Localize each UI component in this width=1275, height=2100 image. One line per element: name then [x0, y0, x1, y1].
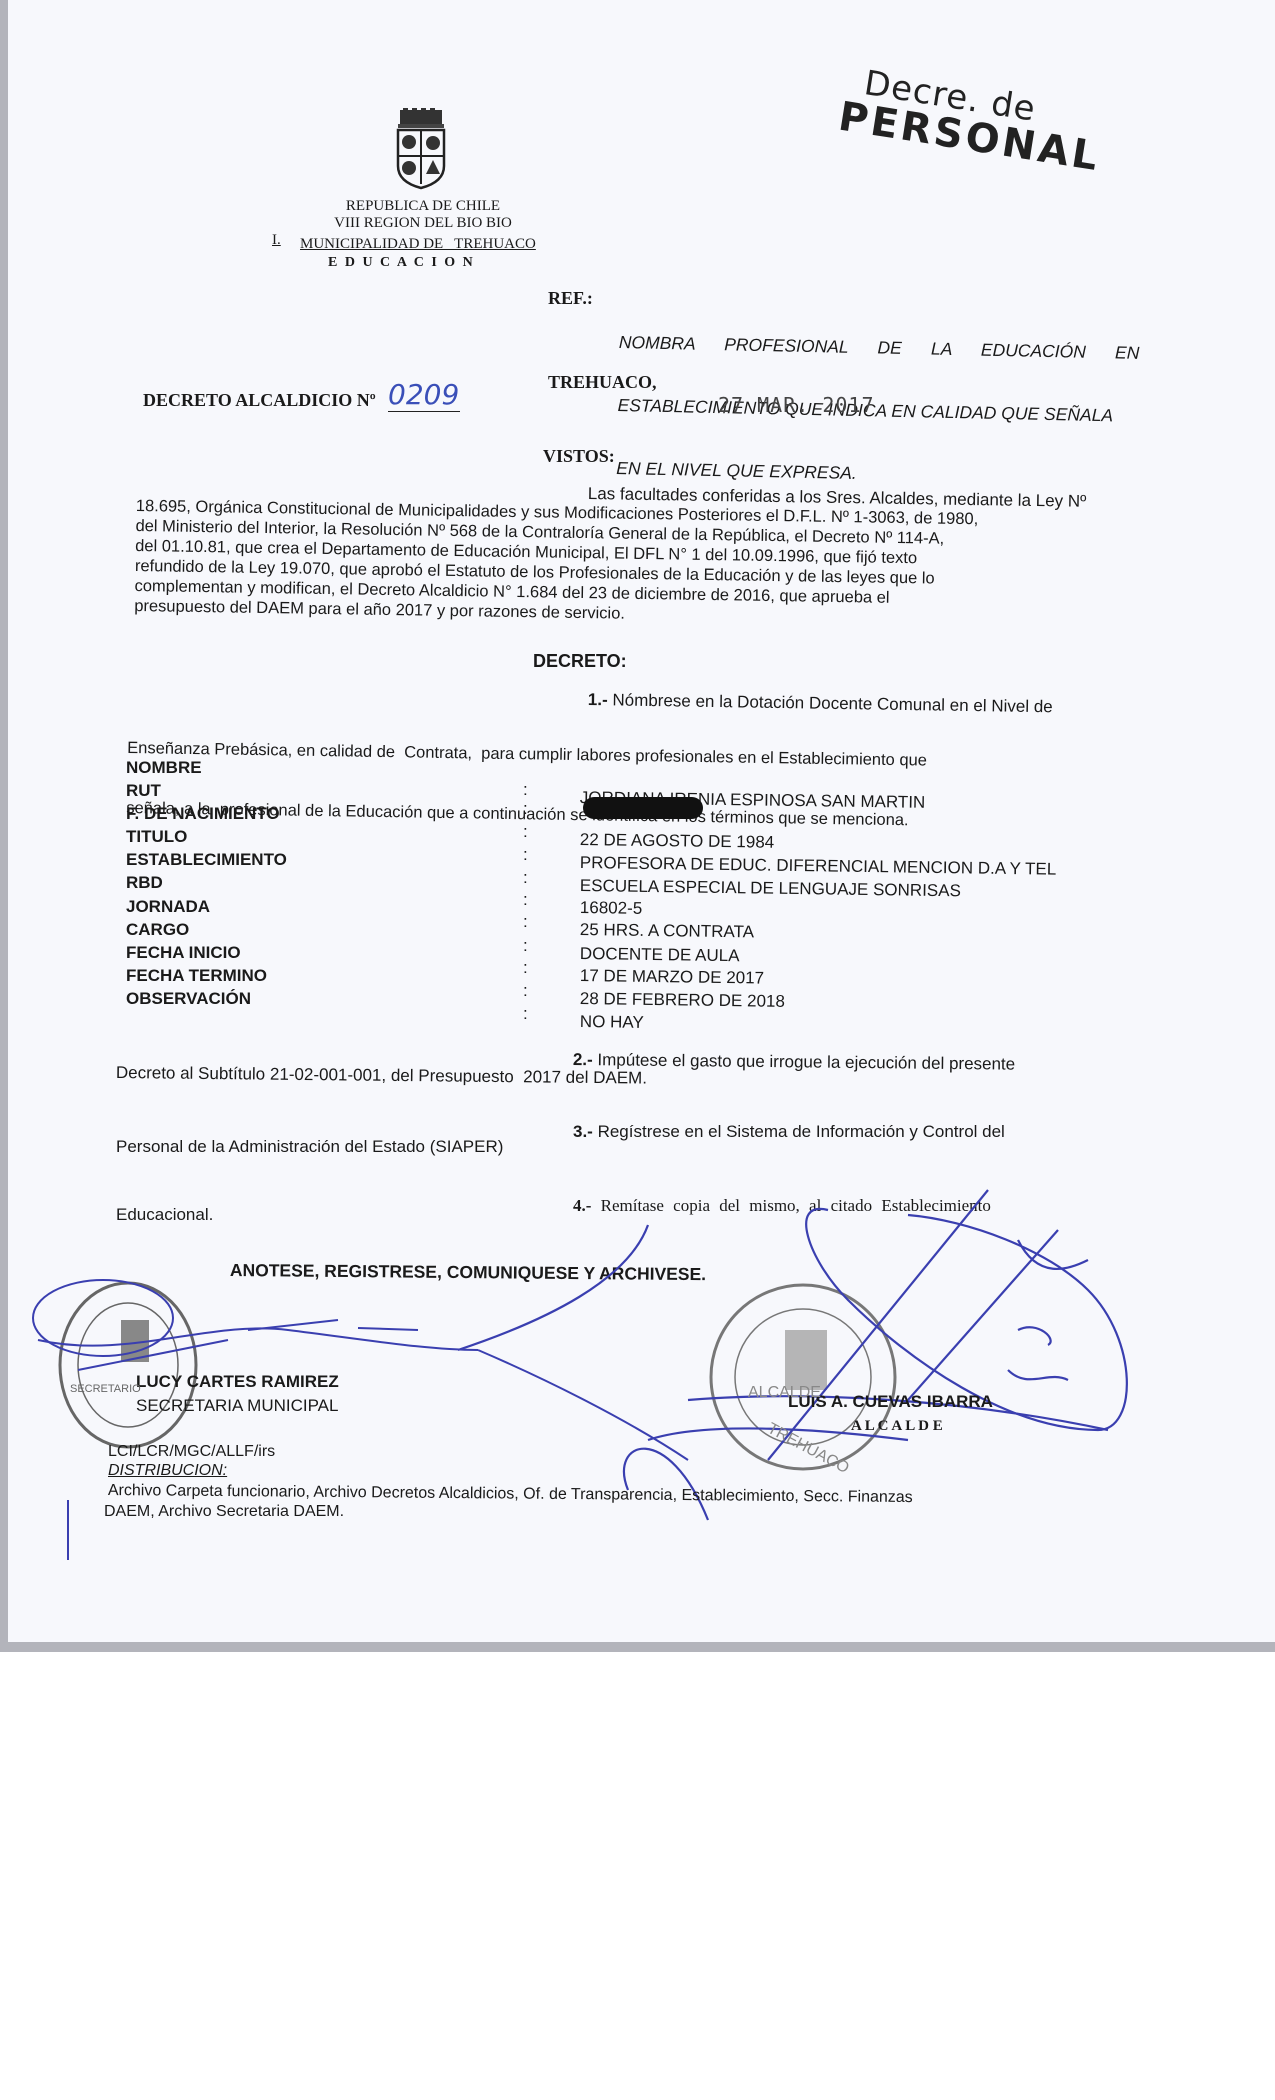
left-signatory-name: LUCY CARTES RAMIREZ — [136, 1372, 339, 1392]
distribution-line2: DAEM, Archivo Secretaria DAEM. — [104, 1503, 344, 1521]
left-municipal-seal — [60, 1283, 196, 1447]
initials: LCI/LCR/MGC/ALLF/irs — [108, 1443, 275, 1461]
left-seal-text: SECRETARIO — [70, 1383, 141, 1395]
left-seal-inner1: SECRETARIO — [70, 1383, 141, 1395]
right-signatory-title: A L C A L D E — [851, 1418, 943, 1435]
distribution-title: DISTRIBUCION: — [108, 1462, 227, 1480]
right-seal-inner: ALCALDE — [748, 1384, 821, 1402]
left-signatory-title: SECRETARIA MUNICIPAL — [136, 1396, 338, 1416]
scanned-page: Decre. de PERSONAL REPUBLICA DE CHILE VI… — [0, 0, 1275, 1652]
